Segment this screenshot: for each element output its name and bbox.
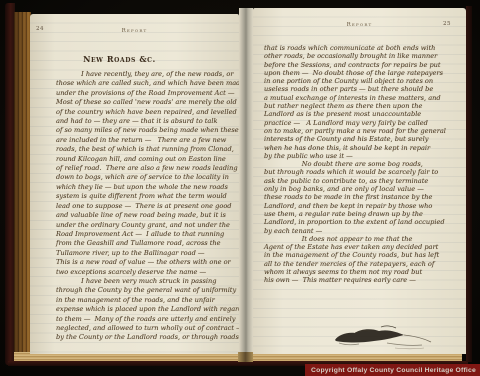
- handwritten-line: by the public who use it —: [264, 152, 456, 160]
- handwritten-line: under the ordinary County grant, and not…: [56, 221, 224, 230]
- handwritten-line: I have recently, they are, of the new ro…: [56, 70, 224, 79]
- handwritten-line: by each tenant —: [264, 227, 456, 235]
- ink-landscape-sketch: [325, 320, 443, 354]
- handwritten-line: these roads to be made in the first inst…: [264, 193, 456, 201]
- handwritten-line: I have been very much struck in passing: [56, 277, 224, 286]
- handwritten-line: his own — This matter requires early car…: [264, 276, 456, 284]
- handwritten-line: down to bogs, which are of service to th…: [56, 173, 224, 182]
- left-page: 24 Report New Roads &c. I have recently,…: [30, 14, 239, 354]
- book-cover-right-edge: [466, 6, 472, 362]
- section-heading-new-roads: New Roads &c.: [30, 54, 209, 64]
- handwritten-line: Tullamore river, up to the Ballinagar ro…: [56, 249, 224, 258]
- handwritten-line: roads, the best of which is that running…: [56, 145, 224, 154]
- handwritten-line: interests of the County and his Estate, …: [264, 135, 456, 143]
- right-page: Report 25 that is roads which communicat…: [253, 8, 466, 354]
- right-page-handwriting: that is roads which communicate at both …: [264, 44, 456, 285]
- handwritten-line: Landlord as is the present most unaccoun…: [264, 110, 456, 118]
- handwritten-line: This is a new road of value — the others…: [56, 258, 224, 267]
- left-page-handwriting: I have recently, they are, of the new ro…: [56, 70, 224, 343]
- handwritten-line: system is quite different from what the …: [56, 192, 224, 201]
- handwritten-line: It does not appear to me that the: [264, 235, 456, 243]
- handwritten-line: upon them — No doubt those of the large …: [264, 69, 456, 77]
- handwritten-line: lead one to suppose — There is at presen…: [56, 202, 224, 211]
- handwritten-line: from the Geashill and Tullamore road, ac…: [56, 239, 224, 248]
- handwritten-line: a mutual exchange of interests in these …: [264, 94, 456, 102]
- handwritten-line: before the Sessions, and contracts for r…: [264, 61, 456, 69]
- handwritten-line: under the provisions of the Road Improve…: [56, 89, 224, 98]
- handwritten-line: of so many miles of new roads being made…: [56, 126, 224, 135]
- handwritten-line: neglected, and allowed to turn wholly ou…: [56, 324, 224, 333]
- copyright-bar: Copyright Offaly County Council Heritage…: [305, 364, 480, 376]
- handwritten-line: Most of these so called 'new roads' are …: [56, 98, 224, 107]
- handwritten-line: of the country which have been repaired,…: [56, 108, 224, 117]
- handwritten-line: by the County or the Landlord roads, or …: [56, 333, 224, 342]
- handwritten-line: through the County by the general want o…: [56, 286, 224, 295]
- handwritten-line: when he has done this, it should be kept…: [264, 144, 456, 152]
- handwritten-line: Landlord, in proportion to the extent of…: [264, 218, 456, 226]
- right-page-number: 25: [443, 21, 451, 27]
- handwritten-line: two exceptions scarcely deserve the name…: [56, 268, 224, 277]
- handwritten-line: to them — Many of the roads are utterly …: [56, 315, 224, 324]
- handwritten-line: ask the public to contribute to, as they…: [264, 177, 456, 185]
- book-gutter: [239, 8, 253, 354]
- handwritten-line: Landlord, and then be kept in repair by …: [264, 202, 456, 210]
- handwritten-line: Road Improvement Act — I allude to that …: [56, 230, 224, 239]
- handwritten-line: in the management of the County roads, b…: [264, 251, 456, 259]
- handwritten-line: and valuable line of new road being made…: [56, 211, 224, 220]
- handwritten-line: other roads, be occasionally brought in …: [264, 52, 456, 60]
- handwritten-line: are included in the return — There are a…: [56, 136, 224, 145]
- handwritten-line: all to the tender mercies of the ratepay…: [264, 260, 456, 268]
- handwritten-line: useless roads in other parts — but there…: [264, 85, 456, 93]
- stacked-page-edges-left: [14, 12, 31, 360]
- handwritten-line: those which are called such, and which h…: [56, 79, 224, 88]
- copyright-text: Copyright Offaly County Council Heritage…: [311, 367, 476, 374]
- handwritten-line: expense which is placed upon the Landlor…: [56, 305, 224, 314]
- handwritten-line: round Kilcogan hill, and coming out on E…: [56, 155, 224, 164]
- gutter-bottom-shadow: [238, 352, 253, 362]
- handwritten-line: use them, a regular rate being drawn up …: [264, 210, 456, 218]
- handwritten-line: which they lie — but upon the whole the …: [56, 183, 224, 192]
- scanned-manuscript-photo: 24 Report New Roads &c. I have recently,…: [0, 0, 480, 376]
- left-running-head: Report: [30, 28, 239, 34]
- handwritten-line: practice — A Landlord may very fairly be…: [264, 119, 456, 127]
- right-running-head: Report: [253, 22, 466, 28]
- handwritten-line: in the management of the roads, and the …: [56, 296, 224, 305]
- handwritten-line: but through roads which it would be scar…: [264, 168, 456, 176]
